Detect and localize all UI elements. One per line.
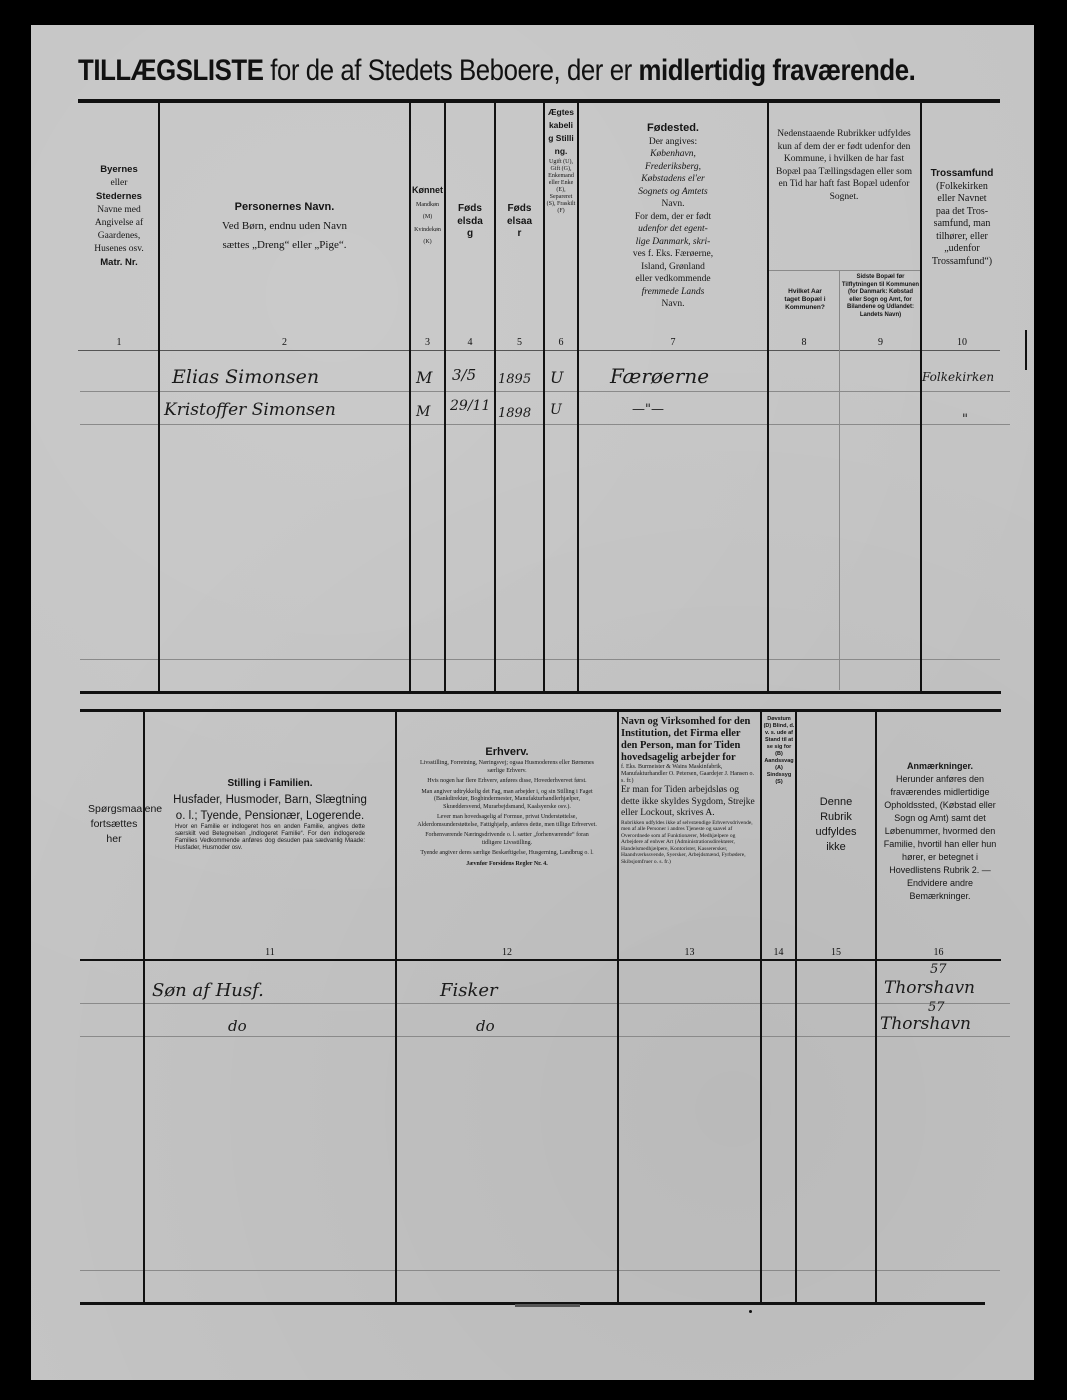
col7-text: Island, Grønland [641,262,705,272]
col7-text: Navn. [662,199,685,209]
col10-header: Trossamfund (Folkekirken eller Navnet pa… [922,168,1002,268]
col1-text: eller [111,178,128,188]
cell-family-position: Søn af Husf. [152,980,264,1001]
top-subheader-line [769,270,920,271]
cell-remarks-number: 57 [928,1000,945,1015]
column-number: 9 [841,337,920,348]
cell-sex: M [416,404,430,420]
col2-header: Personernes Navn. Ved Børn, endnu uden N… [160,198,409,255]
col7-text: ves f. Eks. Færøerne, [633,249,713,259]
bottom-col-divider-3 [617,711,619,1303]
col6-text: Enkemand eller Enke (E), [548,173,574,193]
col7-heading: Fødested. [647,122,699,134]
col13-header: Navn og Virksomhed for den Institution, … [621,716,758,865]
column-number: 1 [80,337,158,348]
page-right-edge-mark [1025,330,1027,370]
cell-marital-status: U [550,402,562,418]
col4-heading: Fødselsdag [457,203,483,241]
bottom-col-divider-6 [875,711,877,1303]
col1-header: Byernes eller Stedernes Navne med Angive… [80,163,158,270]
col1-heading: Byernes [100,164,138,175]
col2-text: Ved Børn, endnu uden Navn [222,220,347,232]
cell-marital-status: U [550,368,563,387]
cell-occupation: do [476,1017,495,1035]
col1-text: Gaardenes, [98,231,140,241]
col16-text: Herunder anføres den fraværendes midlert… [884,774,997,901]
bottom-row-line-last [80,1270,1000,1271]
col11-text: Husfader, Husmoder, Barn, Slægtning o. l… [170,792,370,824]
cell-family-position: do [228,1017,247,1035]
cell-birthplace: Færøerne [610,364,709,388]
col1-text: Husenes osv. [94,244,144,254]
cell-birthplace: —"— [632,402,664,417]
bottom-row-line-2 [80,1036,1010,1037]
col6-header: Ægteskabelig Stilling. Ugift (U), Gift (… [545,106,577,216]
col15-header: Denne Rubrik udfyldes ikke [805,795,867,855]
col7-text: Frederiksberg, [645,162,701,172]
col7-text: For dem, der er født [635,212,711,222]
col3-text: Kvindekøn [414,227,441,233]
col1-footer: Matr. Nr. [100,257,138,268]
printer-imprint [515,1304,580,1307]
top-row-line-last [80,659,1000,660]
column-number: 15 [797,947,875,958]
col10-heading: Trossamfund [931,168,994,179]
top-row-line-2 [80,424,1010,425]
col7-text: Navn. [662,299,685,309]
cell-remarks-place: Thorshavn [884,978,975,998]
col8-header: Hvilket Aar taget Bopæl i Kommunen? [771,288,839,312]
form-title-middle: for de af Stedets Beboere, der er [263,54,638,87]
col12-paragraph: Livsstilling, Forretning, Næringsvej; og… [417,760,597,775]
col12-paragraph: Forhenværende Næringsdrivende o. l. sætt… [417,832,597,847]
column-number: 4 [446,337,494,348]
col13-note: Rubrikken udfyldes ikke af selvstændige … [621,820,758,866]
column-number: 8 [769,337,839,348]
cell-occupation: Fisker [440,980,498,1001]
col7-text: fremmede Lands [642,287,705,297]
cell-remarks-place: Thorshavn [880,1014,971,1034]
col8-9-text: Nedenstaaende Rubrikker udfyldes kun af … [776,129,912,202]
column-number: 11 [145,947,395,958]
column-number: 2 [160,337,409,348]
col14-heading: Døvstum (D) Blind, d. v. s. ude af Stand… [764,716,795,785]
col7-text: København, [650,149,696,159]
col7-text: Der angives: [649,137,697,147]
col12-paragraph: Hvis nogen har flere Erhverv, anføres di… [417,778,597,786]
col3-header: Kønnet Mandkøn(M)Kvindekøn(K) [411,184,444,248]
col13-text: Er man for Tiden arbejdsløs og dette ikk… [621,785,758,820]
col4-header: Fødselsdag [446,203,494,241]
col3-text: (M) [423,214,432,220]
col10-text: eller Navnet [937,193,986,204]
cell-religion: Folkekirken [922,370,994,384]
col7-text: udenfor det egent- [638,224,708,234]
col2-text: sættes „Dreng“ eller „Pige“. [222,239,346,251]
col3-text: Mandkøn [416,202,439,208]
bottom-row-line-1 [80,1003,1010,1004]
col10-text: tilhører, eller [936,231,988,242]
col7-text: Sognets og Amtets [638,187,708,197]
col1-text: Navne med [97,205,141,215]
col7-text: lige Danmark, skri- [636,237,711,247]
col13-heading: Navn og Virksomhed for den Institution, … [621,716,750,763]
col9-header: Sidste Bopæl før Tilflytningen til Kommu… [841,274,920,319]
bottom-table-header-bottom [80,959,1001,961]
col6-text: Gift (G), [551,166,572,172]
top-col-divider-4 [494,102,496,692]
column-number: 6 [545,337,577,348]
cell-birthday: 3/5 [452,366,476,384]
cell-religion: " [962,412,968,427]
column-number: 10 [922,337,1002,348]
column-number: 7 [579,337,767,348]
column-number: 14 [762,947,795,958]
col13-example: f. Eks. Burmeister & Wains Maskinfabrik,… [621,764,758,785]
top-table-bottom-border [80,691,1001,694]
bottom-col-divider-5 [795,711,797,1303]
col5-heading: Fødselsaar [507,203,533,241]
cell-name: Elias Simonsen [172,366,319,388]
col12-heading: Erhverv. [485,746,528,758]
col10-text: Trossamfund“) [932,256,992,267]
cell-remarks-number: 57 [930,962,947,977]
col10-text: samfund, man [934,218,991,229]
col11-note: Hvor en Familie er indlogeret hos en and… [175,824,365,852]
col7-text: Købstadens el'er [641,174,705,184]
bottom-col-divider-2 [395,711,397,1303]
col16-header: Anmærkninger. Herunder anføres den fravæ… [880,760,1000,903]
col8-9-header: Nedenstaaende Rubrikker udfyldes kun af … [776,128,912,203]
bottom-col-divider-4 [760,711,762,1303]
top-table-top-border [78,99,1000,103]
form-title: TILLÆGSLISTE for de af Stedets Beboere, … [78,54,878,88]
col12-paragraph: Jævnfør Forsidens Regler Nr. 4. [417,861,597,869]
col6-heading: Ægteskabelig Stilling. [548,106,574,158]
col2-heading: Personernes Navn. [235,201,335,213]
page-mark [749,1310,752,1313]
col9-heading: Sidste Bopæl før Tilflytningen til Kommu… [842,274,919,318]
col8-heading: Hvilket Aar taget Bopæl i Kommunen? [783,288,827,312]
cell-birthday: 29/11 [450,398,490,414]
top-col-divider-3 [444,102,446,692]
cell-birth-year: 1898 [498,406,531,421]
col11-header: Stilling i Familien. Husfader, Husmoder,… [155,775,385,854]
col7-header: Fødested. Der angives: København, Freder… [579,122,767,311]
col1-heading-2: Stedernes [96,191,142,202]
col15-text: Denne Rubrik udfyldes ikke [816,796,857,853]
col12-paragraph: Lever man hovedsagelig af Formue, privat… [417,814,597,829]
col5-header: Fødselsaar [496,203,543,241]
top-col-divider-1 [158,102,160,692]
bottom-col-divider-1 [143,711,145,1303]
bottom-table-top-border [80,709,1001,712]
cell-name: Kristoffer Simonsen [164,400,336,420]
column-number: 5 [496,337,543,348]
top-row-line-1 [80,391,1010,392]
form-title-main: TILLÆGSLISTE [78,54,263,87]
col12-paragraph: Tyende angiver deres særlige Beskæftigel… [417,850,597,858]
col7-text: eller vedkommende [635,274,710,284]
col16-heading: Anmærkninger. [907,761,973,771]
col6-text: Fraskilt (F) [557,201,575,214]
col3-heading: Kønnet [412,185,443,195]
top-col-divider-7 [767,102,769,692]
cell-sex: M [416,368,432,387]
col12-paragraph: Man angiver udtrykkelig det Fag, man arb… [417,789,597,812]
col10-text: (Folkekirken [936,181,988,192]
continued-questions-label: Spørgsmaalene fortsættes her [88,802,140,847]
top-table-header-bottom [78,350,1000,351]
cell-birth-year: 1895 [498,372,531,387]
col3-text: (K) [423,239,431,245]
col6-text: Ugift (U), [549,159,573,165]
col11-heading: Stilling i Familien. [227,778,312,789]
top-col-divider-8 [839,270,840,690]
column-number: 13 [619,947,760,958]
col10-text: „udenfor [944,243,980,254]
form-title-emphasis: midlertidig fraværende. [639,54,916,87]
column-number: 16 [877,947,1000,958]
column-number: 12 [397,947,617,958]
col12-header: Erhverv. Livsstilling, Forretning, Nærin… [403,744,611,871]
col14-header: Døvstum (D) Blind, d. v. s. ude af Stand… [763,716,795,786]
col10-text: paa det Tros- [936,206,988,217]
col1-text: Angivelse af [95,218,143,228]
column-number: 3 [411,337,444,348]
